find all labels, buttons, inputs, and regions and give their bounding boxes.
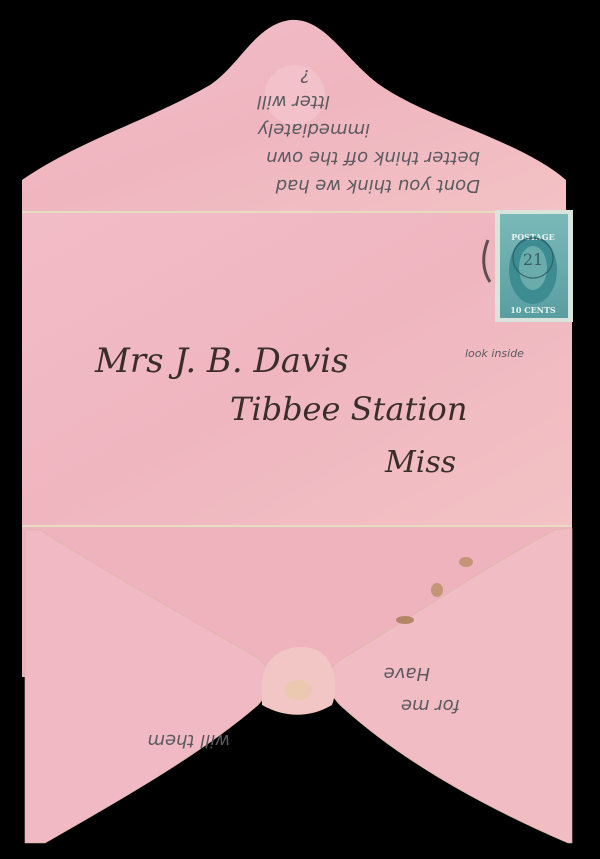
address-line-state: Miss — [384, 445, 456, 480]
address-annotation: look inside — [465, 347, 524, 360]
stamp-top-label: POSTAGE — [511, 232, 554, 242]
bottom-left-note: will them — [147, 730, 230, 751]
bottom-right-note-line-2: Have — [384, 663, 430, 684]
postage-stamp: POSTAGE 10 CENTS 21 — [484, 210, 573, 322]
stain — [396, 616, 414, 624]
top-note-line-5: ? — [300, 65, 310, 86]
top-note-line-1: Dont you think we had — [275, 175, 480, 196]
bottom-left-note-text: will them — [147, 730, 230, 751]
address-line-place: Tibbee Station — [230, 390, 467, 428]
postmark-number: 21 — [523, 250, 543, 269]
seal-stain — [284, 680, 312, 700]
top-note-line-2: better think off the own — [266, 147, 480, 168]
stain — [431, 583, 443, 597]
address-line-name: Mrs J. B. Davis — [94, 341, 349, 381]
stamp-bottom-label: 10 CENTS — [510, 305, 556, 315]
top-note-line-3: immediately — [257, 119, 370, 140]
top-note-line-4: ltter will — [257, 91, 330, 112]
stain — [459, 557, 473, 567]
bottom-right-note-line-1: for me — [401, 695, 460, 716]
envelope-scan: POSTAGE 10 CENTS 21 Mrs J. B. Davis look… — [0, 0, 600, 859]
